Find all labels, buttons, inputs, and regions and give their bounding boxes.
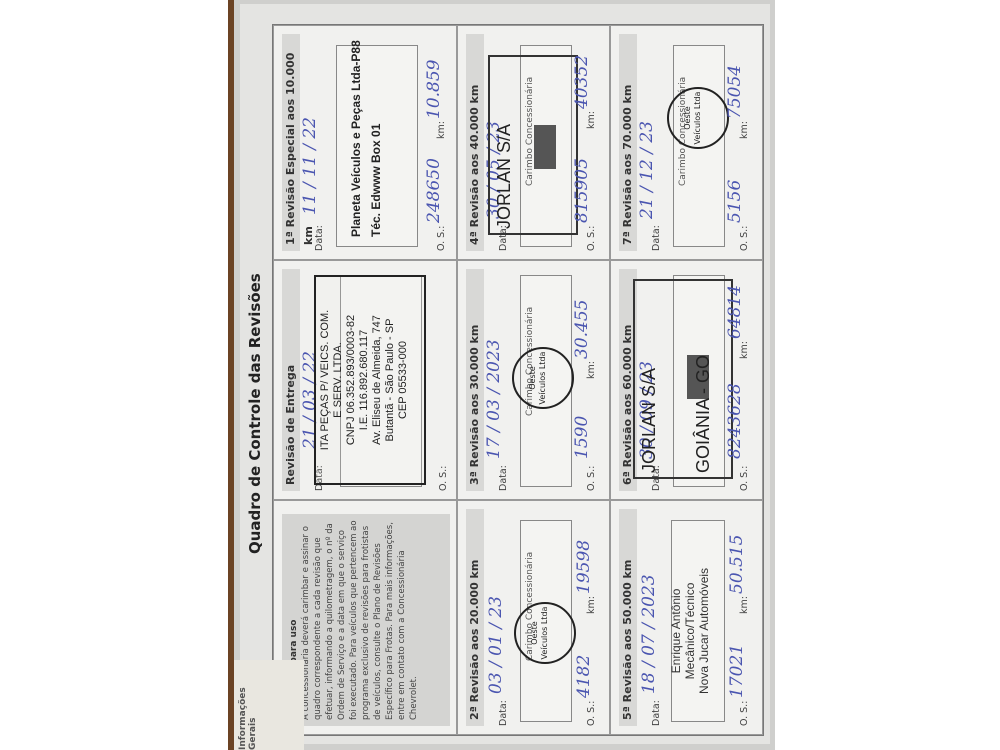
revision-km: 30.455 <box>572 300 592 359</box>
os-label: O. S.: <box>739 466 750 491</box>
dealer-rect-stamp: ITA PEÇAS P/ VEICS. COM. E SERV. LTDA. C… <box>314 275 426 485</box>
revision-grid: Instruções para uso A concessionária dev… <box>272 24 764 736</box>
revision-date: 03 / 01 / 23 <box>486 596 506 694</box>
revision-km: 10.859 <box>424 60 444 119</box>
os-label: O. S.: <box>739 701 750 726</box>
date-label: Data: <box>498 465 509 491</box>
os-label: O. S.: <box>739 226 750 251</box>
km-label: km: <box>739 121 750 139</box>
km-label: km: <box>739 596 750 614</box>
os-label: O. S.: <box>586 466 597 491</box>
revision-cell-7: 7ª Revisão aos 70.000 km Data: 21 / 12 /… <box>610 25 763 260</box>
revision-title: 5ª Revisão aos 50.000 km <box>619 509 637 726</box>
km-label: km: <box>586 596 597 614</box>
revision-os: 1590 <box>572 416 592 459</box>
revision-km: 64814 <box>725 285 745 339</box>
revision-os: 5156 <box>725 180 745 223</box>
dealer-circle-stamp: Oeste Veículos Ltda <box>514 602 576 664</box>
revision-os: 8243628 <box>725 383 745 459</box>
revision-cell-6: 6ª Revisão aos 60.000 km Data: 30 / 09 /… <box>610 260 763 500</box>
revision-km: 19598 <box>574 540 594 594</box>
revision-os: 815905 <box>572 158 592 223</box>
revision-date: 17 / 03 / 2023 <box>484 339 504 459</box>
revision-os: 248650 <box>424 158 444 223</box>
revision-control-page: Quadro de Controle das Revisões Instruçõ… <box>240 4 770 744</box>
date-label: Data: <box>651 700 662 726</box>
instructions-box: Instruções para uso A concessionária dev… <box>282 514 450 726</box>
revision-km: 40352 <box>572 55 592 109</box>
revision-title: 1ª Revisão Especial aos 10.000 km <box>282 34 300 251</box>
technician-stamp: Enrique Antônio Mecânico/Técnico Nova Ju… <box>669 568 711 694</box>
adjacent-page: Informações Gerais <box>234 660 304 750</box>
km-label: km: <box>739 341 750 359</box>
revision-date: 11 / 11 / 22 <box>300 117 320 215</box>
km-label: km: <box>586 361 597 379</box>
booklet-spine <box>228 0 234 750</box>
revision-cell-entrega: Revisão de Entrega Data: 21 / 03 / 22 IT… <box>273 260 457 500</box>
os-label: O. S.: <box>436 226 447 251</box>
revision-km: 75054 <box>725 65 745 119</box>
dealer-circle-stamp: Oeste Veículos Ltda <box>667 87 729 149</box>
revision-title: 3ª Revisão aos 30.000 km <box>466 269 484 491</box>
revision-date: 21 / 12 / 23 <box>637 121 657 219</box>
adjacent-page-heading: Informações Gerais <box>238 664 258 750</box>
instructions-text: A concessionária deverá carimbar e assin… <box>301 520 419 720</box>
revision-os: 17021 <box>727 644 747 698</box>
revision-cell-4: 4ª Revisão aos 40.000 km Data: 30 / 05 /… <box>457 25 610 260</box>
revision-title: 2ª Revisão aos 20.000 km <box>466 509 484 726</box>
dealer-text-stamp: Planeta Veículos e Peças Ltda-P88 Téc. E… <box>346 40 386 237</box>
date-label: Data: <box>651 225 662 251</box>
revision-title: Revisão de Entrega <box>282 269 300 491</box>
dealer-circle-stamp: Oeste Veículos Ltda <box>512 347 574 409</box>
date-label: Data: <box>498 700 509 726</box>
revision-title: 4ª Revisão aos 40.000 km <box>466 34 484 251</box>
revision-date: 18 / 07 / 2023 <box>639 574 659 694</box>
date-label: Data: <box>314 225 325 251</box>
os-label: O. S.: <box>586 701 597 726</box>
km-label: km: <box>436 121 447 139</box>
page-title: Quadro de Controle das Revisões <box>246 273 264 554</box>
revision-title: 7ª Revisão aos 70.000 km <box>619 34 637 251</box>
revision-cell-2: 2ª Revisão aos 20.000 km Data: 03 / 01 /… <box>457 500 610 735</box>
os-label: O. S.: <box>586 226 597 251</box>
revision-cell-5: 5ª Revisão aos 50.000 km Data: 18 / 07 /… <box>610 500 763 735</box>
km-label: km: <box>586 111 597 129</box>
revision-km: 50.515 <box>727 535 747 594</box>
jorlan-stamp: JORLAN S/A <box>488 55 578 235</box>
revision-cell-1: 1ª Revisão Especial aos 10.000 km Data: … <box>273 25 457 260</box>
jorlan-stamp: JORLAN S/A GOIÂNIA - GO <box>633 279 733 479</box>
booklet-photo: Quadro de Controle das Revisões Instruçõ… <box>228 0 775 750</box>
revision-cell-3: 3ª Revisão aos 30.000 km Data: 17 / 03 /… <box>457 260 610 500</box>
revision-os: 4182 <box>574 655 594 698</box>
os-label: O. S.: <box>438 466 449 491</box>
